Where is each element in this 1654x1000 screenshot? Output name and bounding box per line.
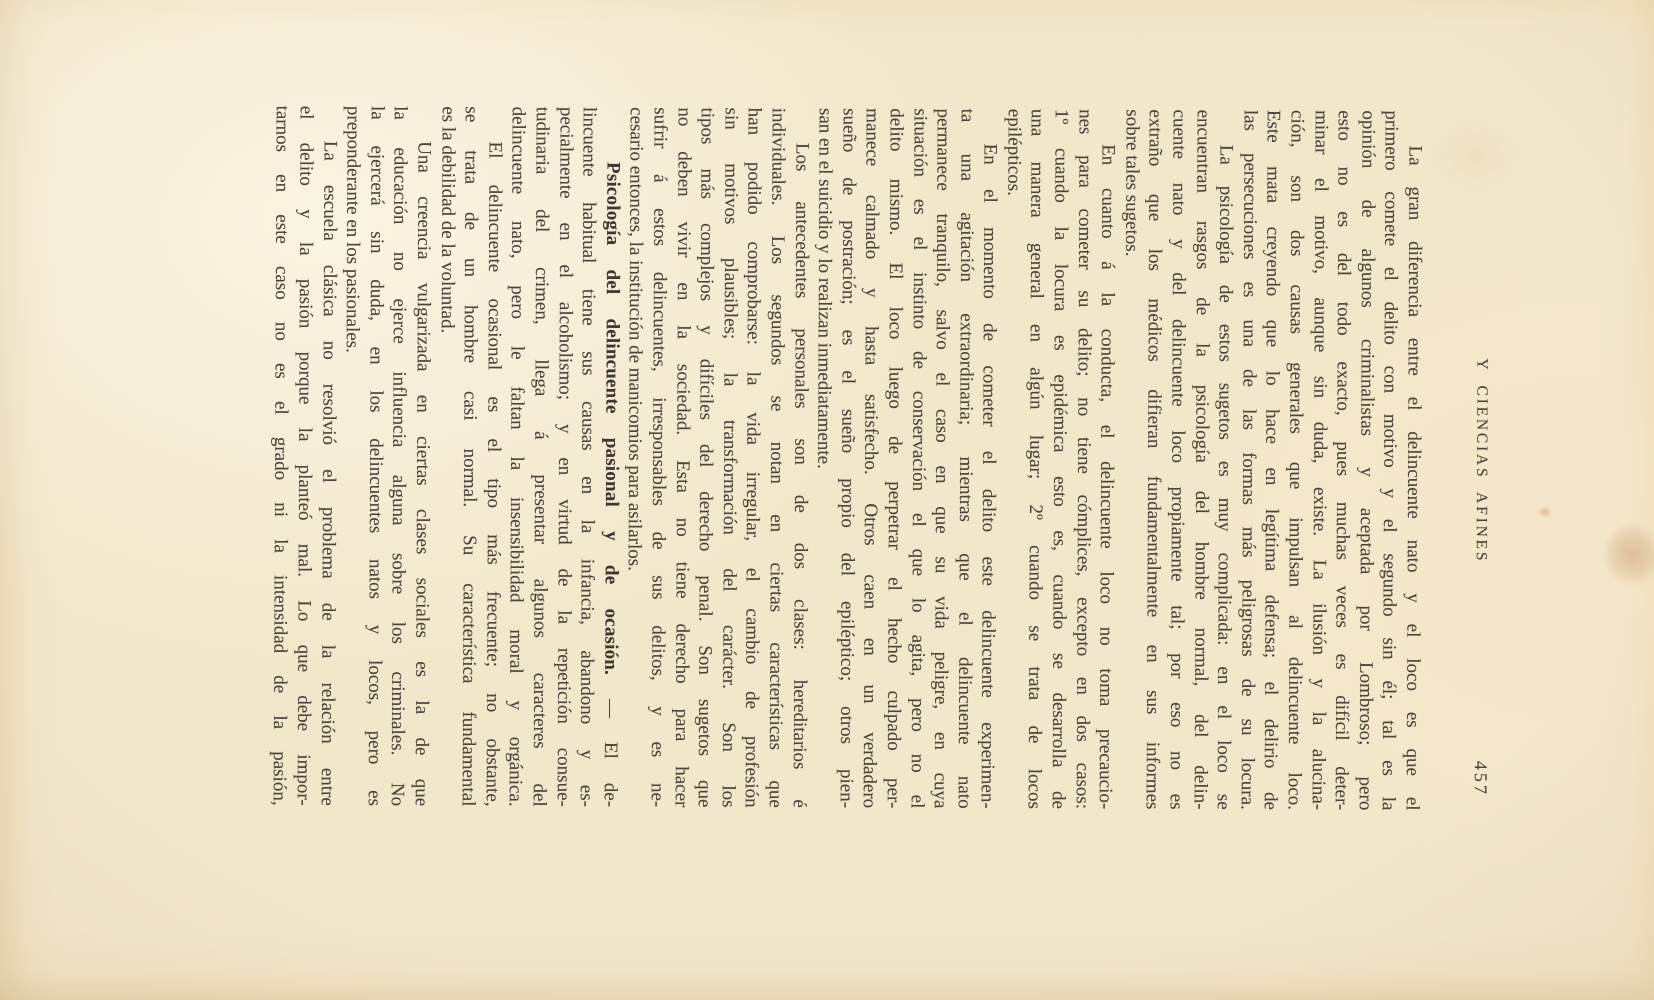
text-line: primero comete el delito con motivo y el… [1376, 110, 1403, 810]
text-line: delincuente nato, pero le faltan la inse… [504, 107, 531, 807]
text-line: preponderante en los pasionales. [338, 106, 365, 806]
section-heading: Psicología del delincuente pasional y de… [600, 162, 623, 675]
text-line: En el momento de cometer el delito este … [975, 109, 1002, 809]
text-line: minar el motivo, aunque sin duda, existe… [1306, 110, 1333, 810]
text-line: encuentran rasgos de la psicología del h… [1188, 110, 1215, 810]
text-line: individuales. Los segundos se notan en c… [763, 108, 790, 808]
text-line: epilépticos. [999, 109, 1026, 809]
text-line: delito mismo. El loco luego de perpetrar… [881, 108, 908, 808]
text-line: sueño de postración; es el sueño propio … [834, 108, 861, 808]
text-line: sufrir á estos delincuentes, irresponsab… [645, 107, 672, 807]
text-line: lincuente habitual tiene sus causas en l… [574, 107, 601, 807]
text-line: permanece tranquilo, salvo el caso en qu… [928, 108, 955, 808]
text-line: tudinaria del crimen, llega á presentar … [527, 107, 554, 807]
page-number: 457 [1470, 761, 1491, 797]
text-line: las persecuciones es una de las formas m… [1235, 110, 1262, 810]
text-line: La gran diferencia entre el delincuente … [1400, 111, 1427, 811]
text-line: san en el suicidio y lo realizan inmedia… [810, 108, 837, 808]
text-line: opinión de algunos criminalistas y acept… [1353, 110, 1380, 810]
text-line: el delito y la pasión porque la planteó … [291, 106, 318, 806]
text-line: la ejercerá sin duda, en los delincuente… [362, 106, 389, 806]
text-line: Psicología del delincuente pasional y de… [598, 107, 625, 807]
text-line: La psicología de estos sugetos es muy co… [1211, 110, 1238, 810]
text-line: En cuanto á la conducta, el delincuente … [1093, 109, 1120, 809]
running-head: Y CIENCIAS AFINES 457 [1463, 111, 1492, 811]
text-line: es la debilidad de la voluntad. [433, 106, 460, 806]
text-line: tipos más complejos y difíciles del dere… [692, 107, 719, 807]
text-line: pecialmente en el alcoholismo; y en virt… [551, 107, 578, 807]
text-line: sobre tales sugetos. [1117, 109, 1144, 809]
text-line: Los antecedentes personales son de dos c… [787, 108, 814, 808]
text-line: El delincuente ocasional es el tipo más … [480, 106, 507, 806]
text-line: cesario entonces, la institución de mani… [621, 107, 648, 807]
text-line: Una creencia vulgarizada en ciertas clas… [409, 106, 436, 806]
text-line: ta una agitación extraordinaria; mientra… [952, 109, 979, 809]
text-line: situación es el instinto de conservación… [905, 108, 932, 808]
text-line: 1º cuando la locura es epidémica esto es… [1046, 109, 1073, 809]
text-line: Este mata creyendo que lo hace en legíti… [1258, 110, 1285, 810]
text-line: extraño que los médicos difieran fundame… [1141, 109, 1168, 809]
text-line: nes para cometer su delito; no tiene cóm… [1070, 109, 1097, 809]
text-line: tarnos en este caso no es el grado ni la… [268, 106, 295, 806]
text-line: la educación no ejerce influencia alguna… [386, 106, 413, 806]
text-line: esto no es del todo exacto, pues muchas … [1329, 110, 1356, 810]
text-line: ción, son dos causas generales que impul… [1282, 110, 1309, 810]
body-text: La gran diferencia entre el delincuente … [268, 106, 1427, 811]
text-line: manece calmado y hasta satisfecho. Otros… [857, 108, 884, 808]
running-head-title: Y CIENCIAS AFINES [1473, 358, 1491, 563]
book-page-sheet: Y CIENCIAS AFINES 457 La gran diferencia… [0, 0, 1654, 1000]
text-line: sin motivos plausibles; la transformació… [716, 108, 743, 808]
text-line: han podido comprobarse: la vida irregula… [739, 108, 766, 808]
text-line: La escuela clásica no resolvió el proble… [315, 106, 342, 806]
text-line: una manera general en algún lugar; 2º cu… [1023, 109, 1050, 809]
text-line: se trata de un hombre casi normal. Su ca… [456, 106, 483, 806]
text-line: cuente nato y del delincuente loco propi… [1164, 109, 1191, 809]
text-line: no deben vivir en la sociedad. Esta no t… [669, 107, 696, 807]
scanned-page-background: Y CIENCIAS AFINES 457 La gran diferencia… [0, 0, 1654, 1000]
